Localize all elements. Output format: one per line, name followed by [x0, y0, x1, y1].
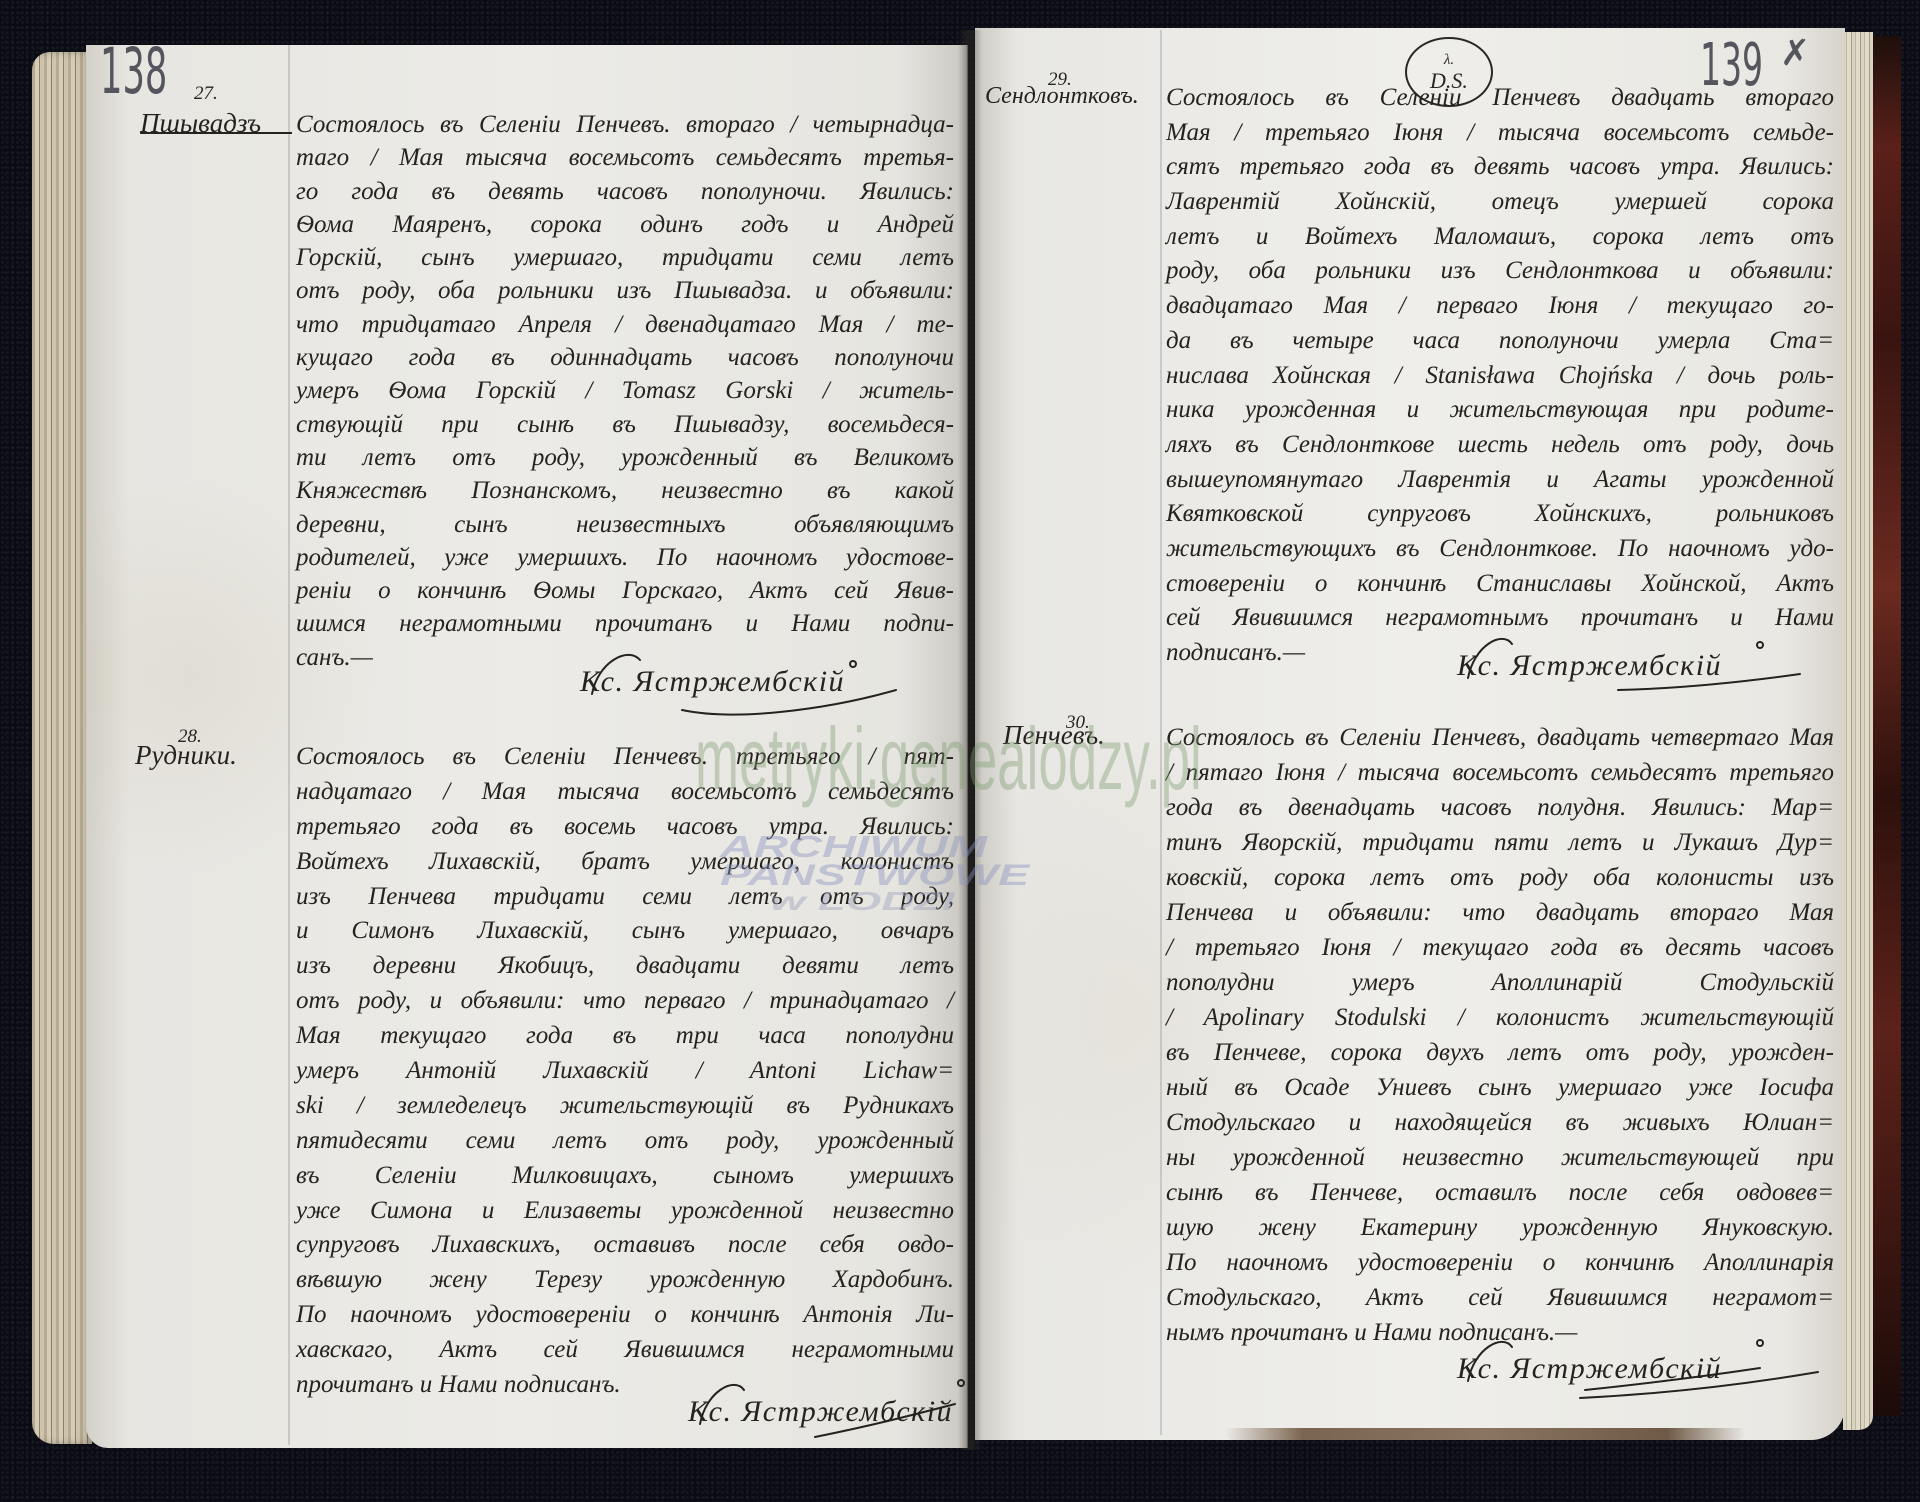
- entry-place: Рудники.: [135, 742, 237, 769]
- text-line: тинъ Яворскій, тридцати пяти летъ и Лука…: [1166, 825, 1834, 860]
- watermark-archive-line: ARCHIWUM: [720, 831, 987, 862]
- text-line: сятъ третьяго года въ девять часовъ утра…: [1166, 150, 1834, 185]
- text-line: двадцатаго Мая / перваго Іюня / текущаго…: [1166, 289, 1834, 324]
- priest-signature: Кс. Ястржембскій: [1457, 1354, 1722, 1384]
- text-line: Состоялось въ Селеніи Пенчевъ двадцать в…: [1166, 81, 1834, 116]
- text-line: Квятковской супруговъ Хойнскихъ, рольник…: [1166, 497, 1834, 532]
- worn-bottom-edge: [1225, 1428, 1745, 1440]
- text-line: умеръ Антоній Лихавскій / Antoni Lichaw=: [296, 1054, 954, 1089]
- entry-number: 27.: [194, 84, 218, 103]
- text-line: шимся неграмотными прочитанъ и Нами подп…: [296, 607, 954, 640]
- text-line: кущаго года въ одиннадцать часовъ пополу…: [296, 341, 954, 374]
- text-line: деревни, сынъ неизвестныхъ объявляющимъ: [296, 508, 954, 541]
- text-line: Стодульскаго и находящейся въ живыхъ Юли…: [1166, 1105, 1834, 1140]
- text-line: вѣвшую жену Терезу урожденную Хардобинъ.: [296, 1263, 954, 1298]
- text-line: года въ двенадцать часовъ полудня. Явили…: [1166, 790, 1834, 825]
- priest-signature: Кс. Ястржембскій: [1457, 651, 1722, 681]
- text-line: Ѳома Маяренъ, сорока одинъ годъ и Андрей: [296, 208, 954, 241]
- text-line: Горскій, сынъ умершаго, тридцати семи ле…: [296, 241, 954, 274]
- text-line: супруговъ Лихавскихъ, оставивъ после себ…: [296, 1228, 954, 1263]
- text-line: Мая / третьяго Іюня / тысяча восемьсотъ …: [1166, 116, 1834, 151]
- text-line: хавскаго, Актъ сей Явившимся неграмотным…: [296, 1333, 954, 1368]
- text-line: и Симонъ Лихавскій, сынъ умершаго, овчар…: [296, 914, 954, 949]
- text-line: роду, оба рольники изъ Сендлонткова и об…: [1166, 254, 1834, 289]
- text-line: Состоялось въ Селеніи Пенчевъ, двадцать …: [1166, 720, 1834, 755]
- entry-body: Состоялось въ Селеніи Пенчевъ двадцать в…: [1166, 81, 1834, 671]
- text-line: изъ деревни Якобицъ, двадцати девяти лет…: [296, 949, 954, 984]
- text-line: Лаврентій Хойнскій, отецъ умершей сорока: [1166, 185, 1834, 220]
- text-line: что тридцатаго Апреля / двенадцатаго Мая…: [296, 308, 954, 341]
- text-line: Состоялось въ Селеніи Пенчевъ. втораго /…: [296, 108, 954, 141]
- text-line: да въ четыре часа пополуночи умерла Ста=: [1166, 324, 1834, 359]
- watermark-archive-line: w LODZI: [770, 888, 955, 914]
- text-line: стовереніи о кончинѣ Станиславы Хойнской…: [1166, 567, 1834, 602]
- text-line: Стодульскаго, Актъ сей Явившимся неграмо…: [1166, 1280, 1834, 1315]
- left-margin-rule: [288, 45, 290, 1445]
- place-underline: [140, 132, 292, 134]
- text-line: отъ роду, и объявили: что перваго / трин…: [296, 984, 954, 1019]
- text-line: ника урожденная и жительствующая при род…: [1166, 393, 1834, 428]
- text-line: вышеупомянутаго Лаврентія и Агаты урожде…: [1166, 463, 1834, 498]
- text-line: жительствующихъ въ Сендлонткове. По наоч…: [1166, 532, 1834, 567]
- text-line: / Apolinary Stodulski / колонистъ житель…: [1166, 1000, 1834, 1035]
- text-line: въ Пенчеве, сорока двухъ летъ отъ роду, …: [1166, 1035, 1834, 1070]
- text-line: уже Симона и Елизаветы урожденной неизве…: [296, 1194, 954, 1229]
- text-line: / третьяго Іюня / текущаго года въ десят…: [1166, 930, 1834, 965]
- text-line: таго / Мая тысяча восемьсотъ семьдесятъ …: [296, 141, 954, 174]
- text-line: нислава Хойнская / Stanisława Chojńska /…: [1166, 359, 1834, 394]
- stamp-top-text: λ.: [1444, 53, 1454, 68]
- text-line: въ Селеніи Милковицахъ, сыномъ умершихъ: [296, 1159, 954, 1194]
- text-line: По наочномъ удостовереніи о кончинѣ Апол…: [1166, 1245, 1834, 1280]
- text-line: реніи о кончинѣ Ѳомы Горскаго, Актъ сей …: [296, 574, 954, 607]
- right-page-stack-edge: [1843, 32, 1873, 1430]
- text-line: пополудни умеръ Аполлинарій Стодульскій: [1166, 965, 1834, 1000]
- text-line: ski / земледелецъ жительствующій въ Рудн…: [296, 1089, 954, 1124]
- text-line: сынѣ въ Пенчеве, оставилъ после себя овд…: [1166, 1175, 1834, 1210]
- text-line: шую жену Екатерину урожденную Януковскую…: [1166, 1210, 1834, 1245]
- text-line: ковскій, сорока летъ отъ роду оба колони…: [1166, 860, 1834, 895]
- text-line: По наочномъ удостовереніи о кончинѣ Анто…: [296, 1298, 954, 1333]
- left-page-number: 138: [100, 40, 167, 103]
- text-line: го года въ девять часовъ пополуночи. Яви…: [296, 175, 954, 208]
- entry-place: Сендлонтковъ.: [985, 84, 1139, 108]
- text-line: родителей, уже умершихъ. По наочномъ удо…: [296, 541, 954, 574]
- text-line: отъ роду, оба рольники изъ Пшывадза. и о…: [296, 274, 954, 307]
- text-line: ти летъ отъ роду, урожденный въ Великомъ: [296, 441, 954, 474]
- text-line: летъ и Войтехъ Маломашъ, сорока летъ отъ: [1166, 220, 1834, 255]
- left-page-stack-edge: [32, 52, 92, 1444]
- text-line: умеръ Ѳома Горскій / Tomasz Gorski / жит…: [296, 374, 954, 407]
- text-line: пятидесяти семи летъ отъ роду, урожденны…: [296, 1124, 954, 1159]
- text-line: ный въ Осаде Униевъ сынъ умершаго уже Іо…: [1166, 1070, 1834, 1105]
- watermark-site: metryki.genealodzy.pl: [695, 715, 1202, 803]
- page-mark-icon: ✗: [1780, 36, 1810, 72]
- text-line: ляхъ въ Сендлонткове шесть недель отъ ро…: [1166, 428, 1834, 463]
- entry-body: Состоялось въ Селеніи Пенчевъ, двадцать …: [1166, 720, 1834, 1350]
- book-binding: [1873, 36, 1901, 1416]
- priest-signature: Кс. Ястржембскій: [580, 667, 845, 697]
- text-line: Пенчева и объявили: что двадцать втораго…: [1166, 895, 1834, 930]
- text-line: Мая текущаго года въ три часа пополудни: [296, 1019, 954, 1054]
- priest-signature: Кс. Ястржембскій: [688, 1397, 953, 1427]
- text-line: Княжествѣ Познанскомъ, неизвестно въ как…: [296, 474, 954, 507]
- text-line: ны урожденной неизвестно жительствующей …: [1166, 1140, 1834, 1175]
- text-line: / пятаго Іюня / тысяча восемьсотъ семьде…: [1166, 755, 1834, 790]
- text-line: сей Явившимся неграмотнымъ прочитанъ и Н…: [1166, 601, 1834, 636]
- entry-body: Состоялось въ Селеніи Пенчевъ. втораго /…: [296, 108, 954, 674]
- text-line: ствующій при сынѣ въ Пшывадзу, восемьдес…: [296, 408, 954, 441]
- text-line: нымъ прочитанъ и Нами подписанъ.—: [1166, 1315, 1834, 1350]
